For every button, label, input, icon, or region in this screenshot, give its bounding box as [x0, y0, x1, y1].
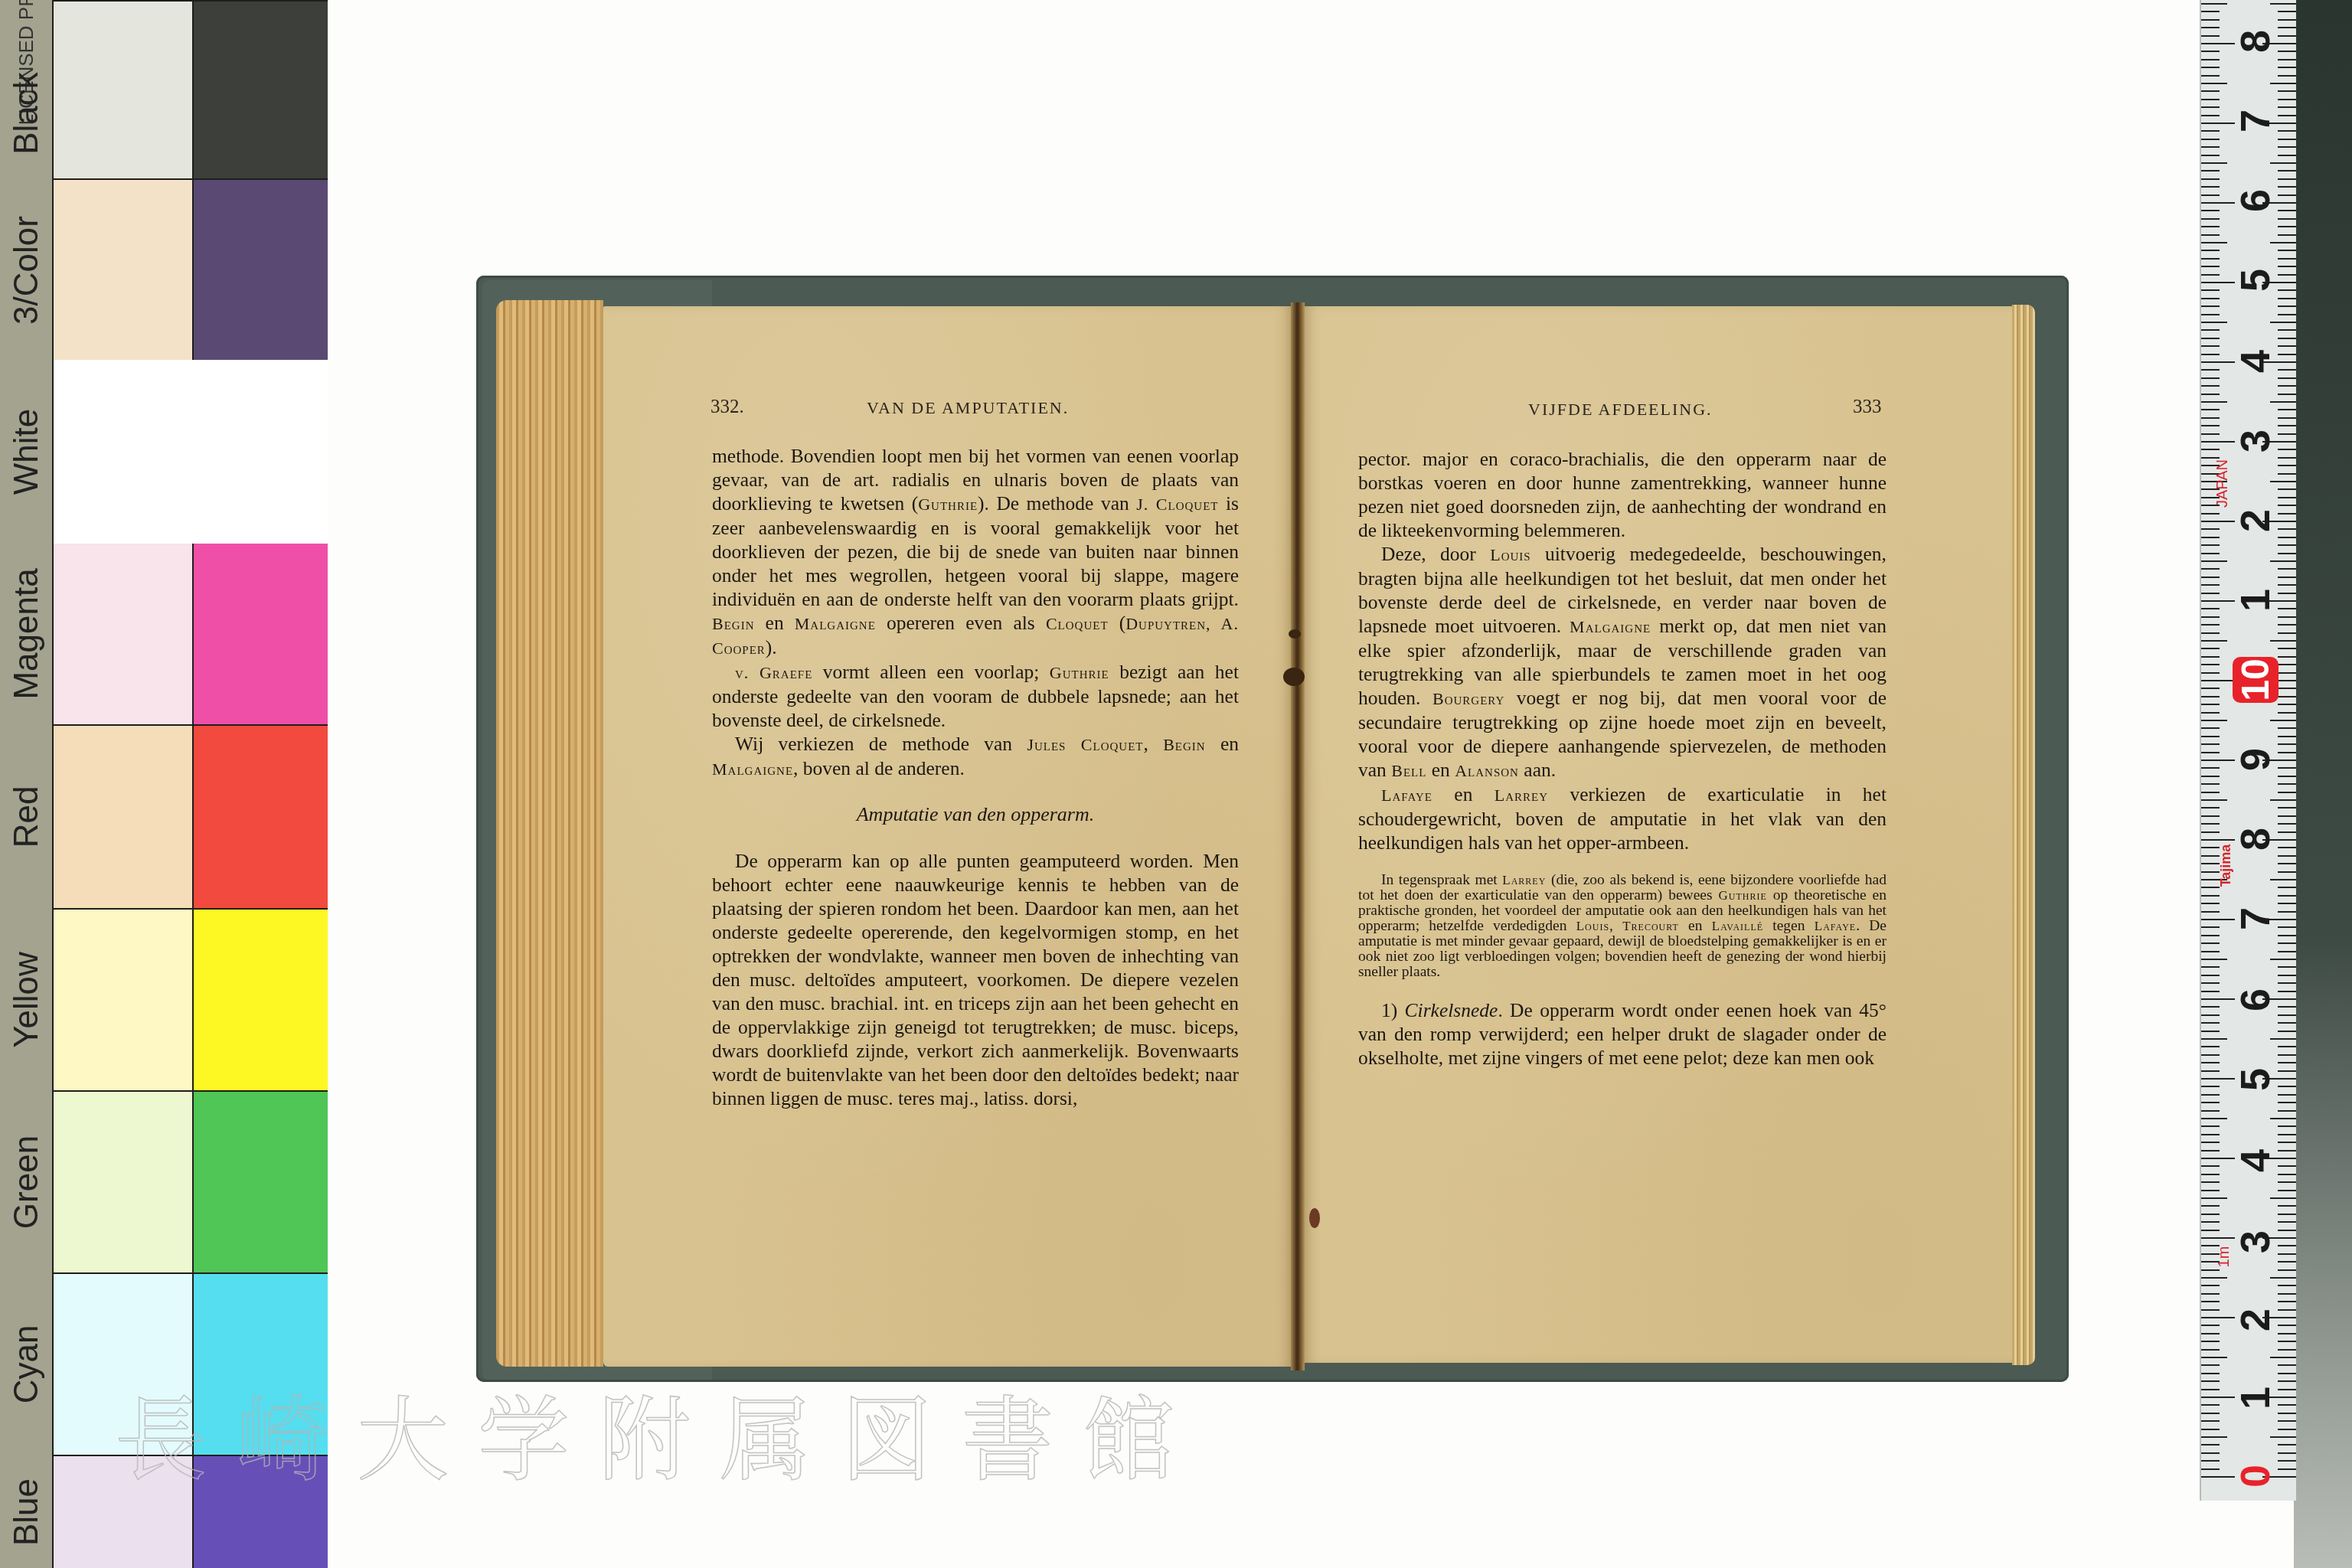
ruler-tick — [2278, 305, 2296, 307]
ruler-tick — [2201, 1125, 2220, 1127]
ruler-tick — [2201, 115, 2220, 116]
ruler-tick — [2278, 417, 2296, 419]
ruler-tick — [2201, 394, 2220, 395]
ruler-tick — [2278, 289, 2296, 291]
swatch-red-light — [52, 724, 194, 910]
ruler-number: 5 — [2233, 257, 2278, 303]
ruler-tick — [2201, 106, 2220, 108]
ruler-tick — [2201, 75, 2220, 77]
ruler-tick — [2278, 1054, 2296, 1056]
ruler-tick — [2201, 27, 2220, 28]
text-run: , — [1144, 733, 1164, 755]
ruler-tick — [2201, 67, 2220, 68]
ruler-tick — [2270, 799, 2296, 801]
ruler-tick — [2278, 1261, 2296, 1263]
small-caps-name: Bourgery — [1432, 689, 1504, 708]
small-caps-name: J. Cloquet — [1136, 495, 1218, 514]
ruler-tick — [2278, 553, 2296, 554]
ruler-tick — [2278, 1325, 2296, 1326]
ruler-tick — [2201, 43, 2235, 44]
section-heading: Amputatie van den opperarm. — [712, 802, 1239, 826]
ruler-tick — [2201, 1197, 2227, 1199]
small-caps-name: Louis — [1576, 919, 1609, 933]
ruler-tick — [2201, 680, 2235, 681]
ruler-tick — [2201, 298, 2220, 299]
ruler-tick — [2278, 696, 2296, 697]
text-run: en — [1206, 733, 1239, 755]
ruler-tick — [2201, 457, 2220, 459]
ruler-tick — [2270, 959, 2296, 960]
book-gutter — [1291, 302, 1305, 1370]
ruler-tick — [2201, 991, 2220, 992]
ruler-tick — [2270, 3, 2296, 5]
swatch-green-light — [52, 1090, 194, 1274]
ruler-tick — [2278, 792, 2296, 793]
ruler-tick — [2278, 1245, 2296, 1246]
ruler-tick — [2278, 584, 2296, 586]
ruler-tick — [2201, 130, 2220, 132]
small-caps-name: Guthrie — [1050, 663, 1109, 682]
ruler-tick — [2278, 1413, 2296, 1414]
ruler-tick — [2278, 75, 2296, 77]
ruler-tick — [2201, 696, 2220, 697]
ruler-tick — [2278, 1102, 2296, 1103]
ruler-tick — [2278, 593, 2296, 594]
ruler-tick — [2201, 807, 2220, 808]
ruler-tick — [2201, 441, 2235, 443]
ruler-tick — [2278, 1460, 2296, 1462]
text-run: en — [1426, 759, 1455, 781]
ruler-tick — [2278, 1031, 2296, 1032]
ruler-tick — [2278, 258, 2296, 260]
ruler-tick — [2201, 1190, 2220, 1191]
ruler-tick — [2201, 792, 2220, 793]
ruler-tick — [2278, 1142, 2296, 1143]
chart-label-black: Black — [0, 46, 54, 180]
ruler-tick — [2201, 1174, 2220, 1175]
ruler-tick — [2201, 155, 2220, 156]
ruler-tick — [2278, 1293, 2296, 1295]
ruler-tick — [2201, 704, 2220, 705]
ruler-tick — [2278, 1301, 2296, 1302]
ruler-tick — [2201, 1134, 2220, 1135]
ruler-tick — [2278, 497, 2296, 498]
ruler-tick — [2278, 776, 2296, 777]
ruler-tick — [2278, 648, 2296, 649]
ruler-tick — [2201, 616, 2220, 618]
paragraph: Wij verkiezen de methode van Jules Cloqu… — [712, 732, 1239, 781]
ruler-tick — [2278, 903, 2296, 904]
ruler-tick — [2278, 528, 2296, 530]
ruler-tick — [2278, 1420, 2296, 1422]
ruler-tick — [2201, 401, 2227, 403]
ruler-tick — [2201, 759, 2235, 761]
ruler-tick — [2201, 139, 2220, 140]
ruler-tick — [2278, 274, 2296, 276]
ruler-tick — [2201, 712, 2220, 714]
ruler-tick — [2201, 345, 2220, 347]
ruler-tick — [2201, 1086, 2220, 1087]
ruler-tick — [2278, 1110, 2296, 1112]
ruler-tick — [2201, 11, 2220, 12]
ruler-tick — [2201, 282, 2235, 283]
ruler-tick — [2201, 959, 2227, 960]
left-running-head: VAN DE AMPUTATIEN. — [867, 398, 1069, 418]
ruler-tick — [2278, 194, 2296, 196]
ruler-tick — [2278, 115, 2296, 116]
ink-stain — [1283, 668, 1305, 686]
ruler-tick — [2278, 783, 2296, 785]
small-caps-name: Guthrie — [918, 495, 978, 514]
ruler-number: 0 — [2233, 1453, 2278, 1499]
swatch-magenta-dark — [192, 542, 328, 726]
ruler-tick — [2201, 226, 2220, 227]
ruler-tick — [2201, 329, 2220, 331]
text-run: ). — [766, 636, 777, 658]
ruler-tick — [2201, 982, 2220, 984]
ruler-tick — [2201, 1293, 2220, 1295]
chart-label-yellow: Yellow — [0, 908, 54, 1092]
ruler-tick — [2278, 250, 2296, 251]
paragraph: 1) Cirkelsnede. De opperarm wordt onder … — [1358, 998, 1886, 1070]
ruler-tick — [2201, 966, 2220, 968]
ruler-tick — [2278, 385, 2296, 387]
ruler-tick — [2201, 1118, 2227, 1119]
ruler-tick — [2201, 767, 2220, 769]
ruler-tick — [2201, 1022, 2220, 1024]
ruler-tick — [2278, 1389, 2296, 1390]
ruler-tick — [2278, 1309, 2296, 1311]
ruler-tick — [2201, 202, 2235, 204]
ruler-tick — [2201, 1205, 2220, 1207]
ruler-tick — [2278, 99, 2296, 100]
ruler-tick — [2278, 1046, 2296, 1047]
swatch-magenta-light — [52, 542, 194, 726]
ruler-tick — [2201, 305, 2220, 307]
footnote: In tegenspraak met Larrey (die, zoo als … — [1358, 873, 1886, 980]
ruler-tick — [2201, 369, 2220, 371]
ruler-tick — [2278, 544, 2296, 546]
ruler-number: 6 — [2233, 178, 2278, 224]
ruler-tick — [2201, 823, 2220, 825]
text-run: opereren even als — [876, 612, 1046, 634]
ruler-tick — [2201, 1046, 2220, 1047]
ruler-tick — [2201, 289, 2220, 291]
ruler-tick — [2278, 863, 2296, 864]
swatch-green-dark — [192, 1090, 328, 1274]
ruler-tick — [2278, 1341, 2296, 1342]
ruler-tick — [2278, 1165, 2296, 1167]
ruler-tick — [2201, 926, 2220, 928]
ruler-tick — [2278, 139, 2296, 140]
ruler-tick — [2201, 1420, 2220, 1422]
ruler-tick — [2201, 162, 2227, 164]
ruler-tick — [2278, 608, 2296, 609]
ruler-tick — [2201, 998, 2235, 1000]
ruler-tick — [2201, 887, 2220, 888]
ruler-tick — [2201, 736, 2220, 737]
ruler-number: 3 — [2233, 418, 2278, 464]
small-caps-name: Lavaillé — [1712, 919, 1763, 933]
ruler-tick — [2278, 1230, 2296, 1231]
ruler-tick — [2278, 1380, 2296, 1382]
ruler-tick — [2270, 1038, 2296, 1040]
ruler-tick — [2278, 1444, 2296, 1445]
swatch-black-dark — [192, 0, 328, 180]
ruler-tick — [2278, 1190, 2296, 1191]
ruler-tick — [2278, 1349, 2296, 1351]
ruler-tick — [2201, 1333, 2220, 1334]
ruler-tick — [2201, 831, 2220, 833]
ruler-tick — [2201, 1165, 2220, 1167]
ruler-tick — [2201, 1014, 2220, 1016]
paragraph: De opperarm kan op alle punten geamputee… — [712, 849, 1239, 1110]
ruler-tick — [2201, 528, 2220, 530]
ruler-tick — [2278, 234, 2296, 236]
ruler-tick — [2201, 1476, 2235, 1478]
ruler-tick — [2270, 560, 2296, 562]
ruler-tick — [2270, 1277, 2296, 1279]
ruler-tick — [2201, 122, 2235, 124]
ruler-tick — [2278, 170, 2296, 171]
ruler-tick — [2278, 1181, 2296, 1183]
small-caps-name: Cloquet — [1046, 614, 1109, 633]
ruler-tick — [2278, 1006, 2296, 1008]
ruler-tick — [2201, 553, 2220, 554]
ruler-number: 1 — [2233, 1375, 2278, 1421]
ruler-tick — [2278, 1452, 2296, 1454]
small-caps-name: Lafaye — [1381, 786, 1432, 805]
ruler-tick — [2201, 218, 2220, 220]
text-run: In tegenspraak met — [1381, 872, 1502, 888]
ruler-number: 9 — [2233, 737, 2278, 782]
ruler-tick — [2278, 314, 2296, 315]
paragraph: pector. major en coraco-brachialis, die … — [1358, 447, 1886, 542]
ruler-tick — [2278, 19, 2296, 21]
text-run: Deze, door — [1381, 543, 1490, 565]
ruler-tick — [2278, 736, 2296, 737]
ruler-tick — [2201, 1110, 2220, 1112]
text-run: aan. — [1519, 759, 1556, 781]
ruler-tick — [2201, 250, 2220, 251]
paragraph: v. Graefe vormt alleen een voorlap; Guth… — [712, 660, 1239, 732]
ruler-tick — [2201, 1181, 2220, 1183]
ruler-number: 4 — [2233, 1138, 2278, 1184]
ruler-tick — [2201, 688, 2220, 689]
ruler-tick — [2278, 911, 2296, 913]
ruler-tick — [2201, 1436, 2227, 1438]
small-caps-name: v. Graefe — [735, 663, 812, 682]
ruler-tick — [2201, 51, 2220, 52]
ruler-tick — [2278, 895, 2296, 897]
ruler-tick — [2201, 951, 2220, 952]
ruler-tick — [2278, 1285, 2296, 1286]
ruler-tick — [2278, 354, 2296, 355]
scanner-background-strip — [2294, 0, 2352, 1568]
chart-label-green: Green — [0, 1090, 54, 1274]
ruler-tick — [2201, 743, 2220, 745]
ruler-tick — [2278, 1174, 2296, 1175]
right-running-head: VIJFDE AFDEELING. — [1528, 400, 1713, 420]
ruler-tick — [2278, 51, 2296, 52]
ruler-tick — [2278, 130, 2296, 132]
ruler-tick — [2201, 449, 2220, 450]
chart-header-text: LICENSED PRODUCT — [0, 0, 54, 46]
right-page-number: 333 — [1853, 397, 1882, 418]
small-caps-name: Lafaye — [1815, 919, 1856, 933]
ruler-tick — [2201, 170, 2220, 171]
small-caps-name: Alanson — [1455, 761, 1519, 780]
small-caps-name: Trecourt — [1622, 919, 1679, 933]
ruler-tick — [2201, 1341, 2220, 1342]
ruler-tick — [2201, 242, 2227, 243]
ruler-tick — [2201, 1396, 2235, 1398]
ruler-tick — [2278, 465, 2296, 466]
ruler-tick — [2278, 218, 2296, 220]
ruler-number: 5 — [2233, 1057, 2278, 1102]
ruler-tick — [2201, 584, 2220, 586]
ruler-number: 1 — [2233, 577, 2278, 623]
text-run: en — [755, 612, 795, 634]
small-caps-name: Guthrie — [1719, 888, 1767, 903]
ruler-tick — [2201, 648, 2220, 649]
small-caps-name: Begin — [1163, 735, 1206, 754]
ruler-tick — [2201, 361, 2235, 363]
ruler-country-label: JAPAN — [2214, 459, 2232, 508]
ruler-tick — [2201, 1429, 2220, 1430]
ruler-tick — [2278, 1404, 2296, 1406]
ruler-tick — [2278, 823, 2296, 825]
ruler-tick — [2270, 640, 2296, 642]
ruler-tick — [2201, 1460, 2220, 1462]
ruler-tick — [2278, 767, 2296, 769]
ruler-tick — [2201, 1357, 2227, 1358]
ruler-tick — [2201, 1468, 2220, 1470]
ruler-tick — [2278, 664, 2296, 665]
ruler-tick — [2201, 417, 2220, 419]
chart-label-blue: Blue — [0, 1455, 54, 1568]
swatch-3color-light — [52, 178, 194, 361]
swatch-3color-dark — [192, 178, 328, 361]
ruler-tick — [2278, 1214, 2296, 1215]
ruler-tick — [2278, 632, 2296, 634]
ruler-tick — [2278, 855, 2296, 857]
chart-label-cyan: Cyan — [0, 1272, 54, 1456]
ruler-tick — [2278, 1364, 2296, 1366]
ruler-tick — [2201, 1078, 2235, 1080]
page-edges-right — [2012, 305, 2035, 1365]
ruler-tick — [2201, 1031, 2220, 1032]
ruler-tick — [2201, 1325, 2220, 1326]
ruler-tick — [2201, 1102, 2220, 1103]
ruler-tick — [2278, 186, 2296, 188]
swatch-yellow-dark — [192, 908, 328, 1092]
ruler-tick — [2270, 83, 2296, 84]
ruler-tick — [2270, 1436, 2296, 1438]
ruler-tick — [2201, 1277, 2227, 1279]
small-caps-name: Malgaigne — [795, 614, 876, 633]
ruler-tick — [2278, 568, 2296, 570]
ruler-tick — [2201, 839, 2235, 841]
ruler-tick — [2201, 544, 2220, 546]
chart-label-magenta: Magenta — [0, 542, 54, 726]
chart-label-3color: 3/Color — [0, 178, 54, 361]
ruler-tick — [2201, 1230, 2220, 1231]
ruler-tick — [2278, 743, 2296, 745]
ruler-tick — [2278, 394, 2296, 395]
ruler-tick — [2201, 1317, 2235, 1318]
ruler-tick — [2278, 409, 2296, 410]
ruler-tick — [2278, 624, 2296, 626]
ruler-tick — [2278, 926, 2296, 928]
swatch-white — [52, 360, 328, 544]
swatch-black-light — [52, 0, 194, 180]
ruler-tick — [2278, 616, 2296, 618]
ruler-tick — [2201, 975, 2220, 976]
ruler-tick — [2201, 1054, 2220, 1056]
ruler-tick — [2278, 1086, 2296, 1087]
ruler-tick — [2201, 1349, 2220, 1351]
ruler-tick — [2270, 1357, 2296, 1358]
ruler-tick — [2278, 369, 2296, 371]
ruler-tick — [2278, 377, 2296, 379]
ruler-tick — [2201, 727, 2220, 729]
ruler-tick — [2278, 298, 2296, 299]
ruler-number: 6 — [2233, 977, 2278, 1023]
text-run: ( — [1109, 612, 1126, 634]
ruler-tick — [2201, 664, 2220, 665]
ruler-tick — [2278, 712, 2296, 714]
ruler-tick — [2278, 146, 2296, 148]
ruler-tick — [2201, 1237, 2235, 1239]
ruler-tick — [2278, 847, 2296, 848]
ruler-tick — [2201, 266, 2220, 267]
ruler-tick — [2270, 879, 2296, 880]
ink-stain — [1309, 1208, 1320, 1228]
paragraph: Deze, door Louis uitvoerig medegedeelde,… — [1358, 542, 1886, 782]
ruler-number: 3 — [2233, 1219, 2278, 1265]
ruler-tick — [2201, 1380, 2220, 1382]
ruler-tick — [2270, 322, 2296, 323]
ruler-tick — [2278, 449, 2296, 450]
ruler-tick — [2278, 1094, 2296, 1096]
ruler-tick — [2201, 855, 2220, 857]
ruler-tick — [2278, 1125, 2296, 1127]
ruler-tick — [2201, 656, 2220, 658]
ruler-tick — [2201, 942, 2220, 944]
ruler-tick — [2278, 537, 2296, 538]
ruler-tick — [2278, 831, 2296, 833]
ruler-tick — [2278, 577, 2296, 578]
ruler-tick — [2201, 815, 2220, 817]
ruler-tick — [2270, 1118, 2296, 1119]
ruler-tick — [2201, 178, 2220, 180]
ruler-tick — [2201, 99, 2220, 100]
ruler-tick — [2278, 982, 2296, 984]
ruler-tick — [2201, 1038, 2227, 1040]
ruler-tick — [2201, 1150, 2220, 1151]
ruler-tick — [2201, 799, 2227, 801]
ruler-number: 2 — [2233, 498, 2278, 544]
left-page-number: 332. — [710, 397, 744, 418]
ruler-tick — [2278, 35, 2296, 37]
ruler-tick — [2278, 513, 2296, 514]
ruler-tick — [2201, 186, 2220, 188]
ruler-tick — [2201, 425, 2220, 426]
ruler-tick — [2201, 146, 2220, 148]
ruler-unit-label: 1m — [2216, 1246, 2233, 1268]
ruler-tick — [2201, 314, 2220, 315]
